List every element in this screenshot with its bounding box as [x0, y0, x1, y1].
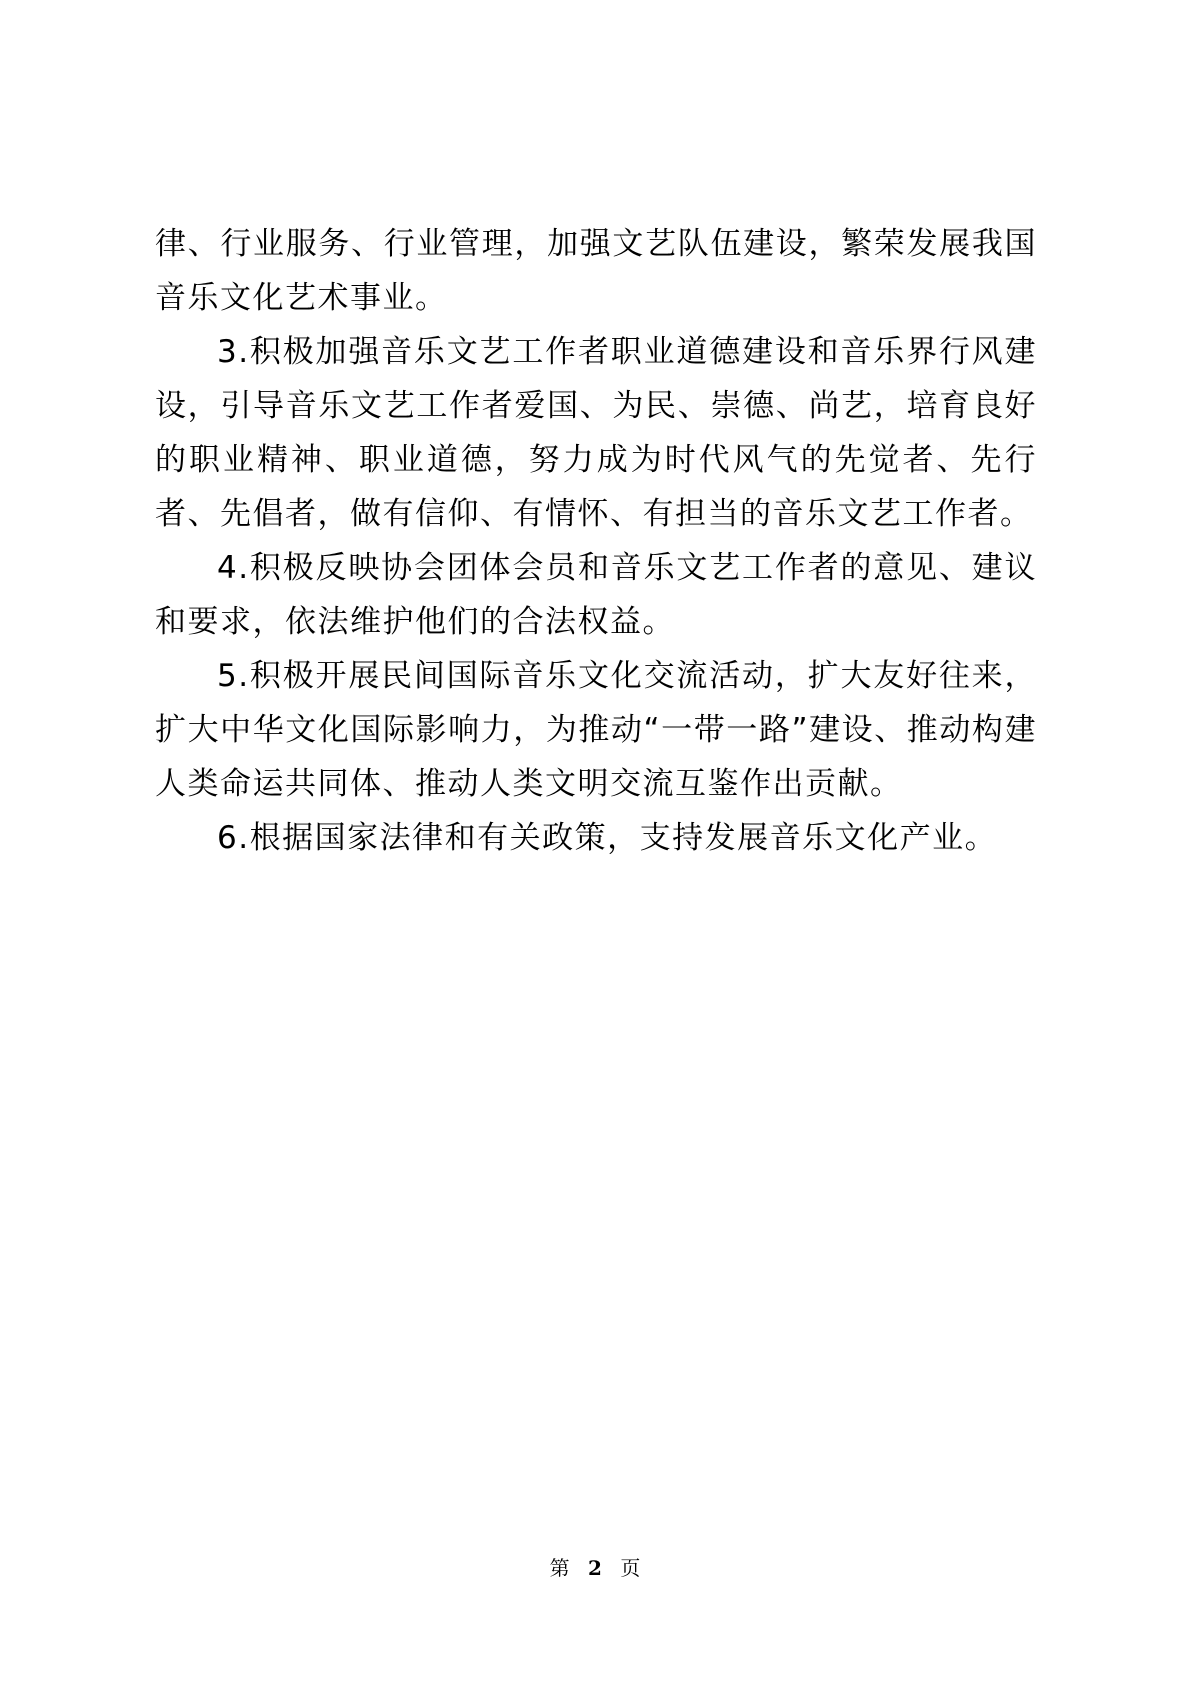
paragraph-item-3: 3.积极加强音乐文艺工作者职业道德建设和音乐界行风建设，引导音乐文艺工作者爱国、…	[155, 325, 1037, 541]
paragraph-item-5: 5.积极开展民间国际音乐文化交流活动，扩大友好往来，扩大中华文化国际影响力，为推…	[155, 649, 1037, 811]
page-footer: 第 2 页	[0, 1552, 1190, 1581]
page-number-suffix: 页	[620, 1556, 640, 1580]
document-body: 律、行业服务、行业管理，加强文艺队伍建设，繁荣发展我国音乐文化艺术事业。 3.积…	[155, 217, 1037, 865]
paragraph-continuation: 律、行业服务、行业管理，加强文艺队伍建设，繁荣发展我国音乐文化艺术事业。	[155, 217, 1037, 325]
paragraph-item-6: 6.根据国家法律和有关政策，支持发展音乐文化产业。	[155, 811, 1037, 865]
document-page: 律、行业服务、行业管理，加强文艺队伍建设，繁荣发展我国音乐文化艺术事业。 3.积…	[0, 0, 1190, 1683]
page-number: 2	[588, 1556, 602, 1580]
paragraph-item-4: 4.积极反映协会团体会员和音乐文艺工作者的意见、建议和要求，依法维护他们的合法权…	[155, 541, 1037, 649]
page-number-prefix: 第	[550, 1556, 570, 1580]
